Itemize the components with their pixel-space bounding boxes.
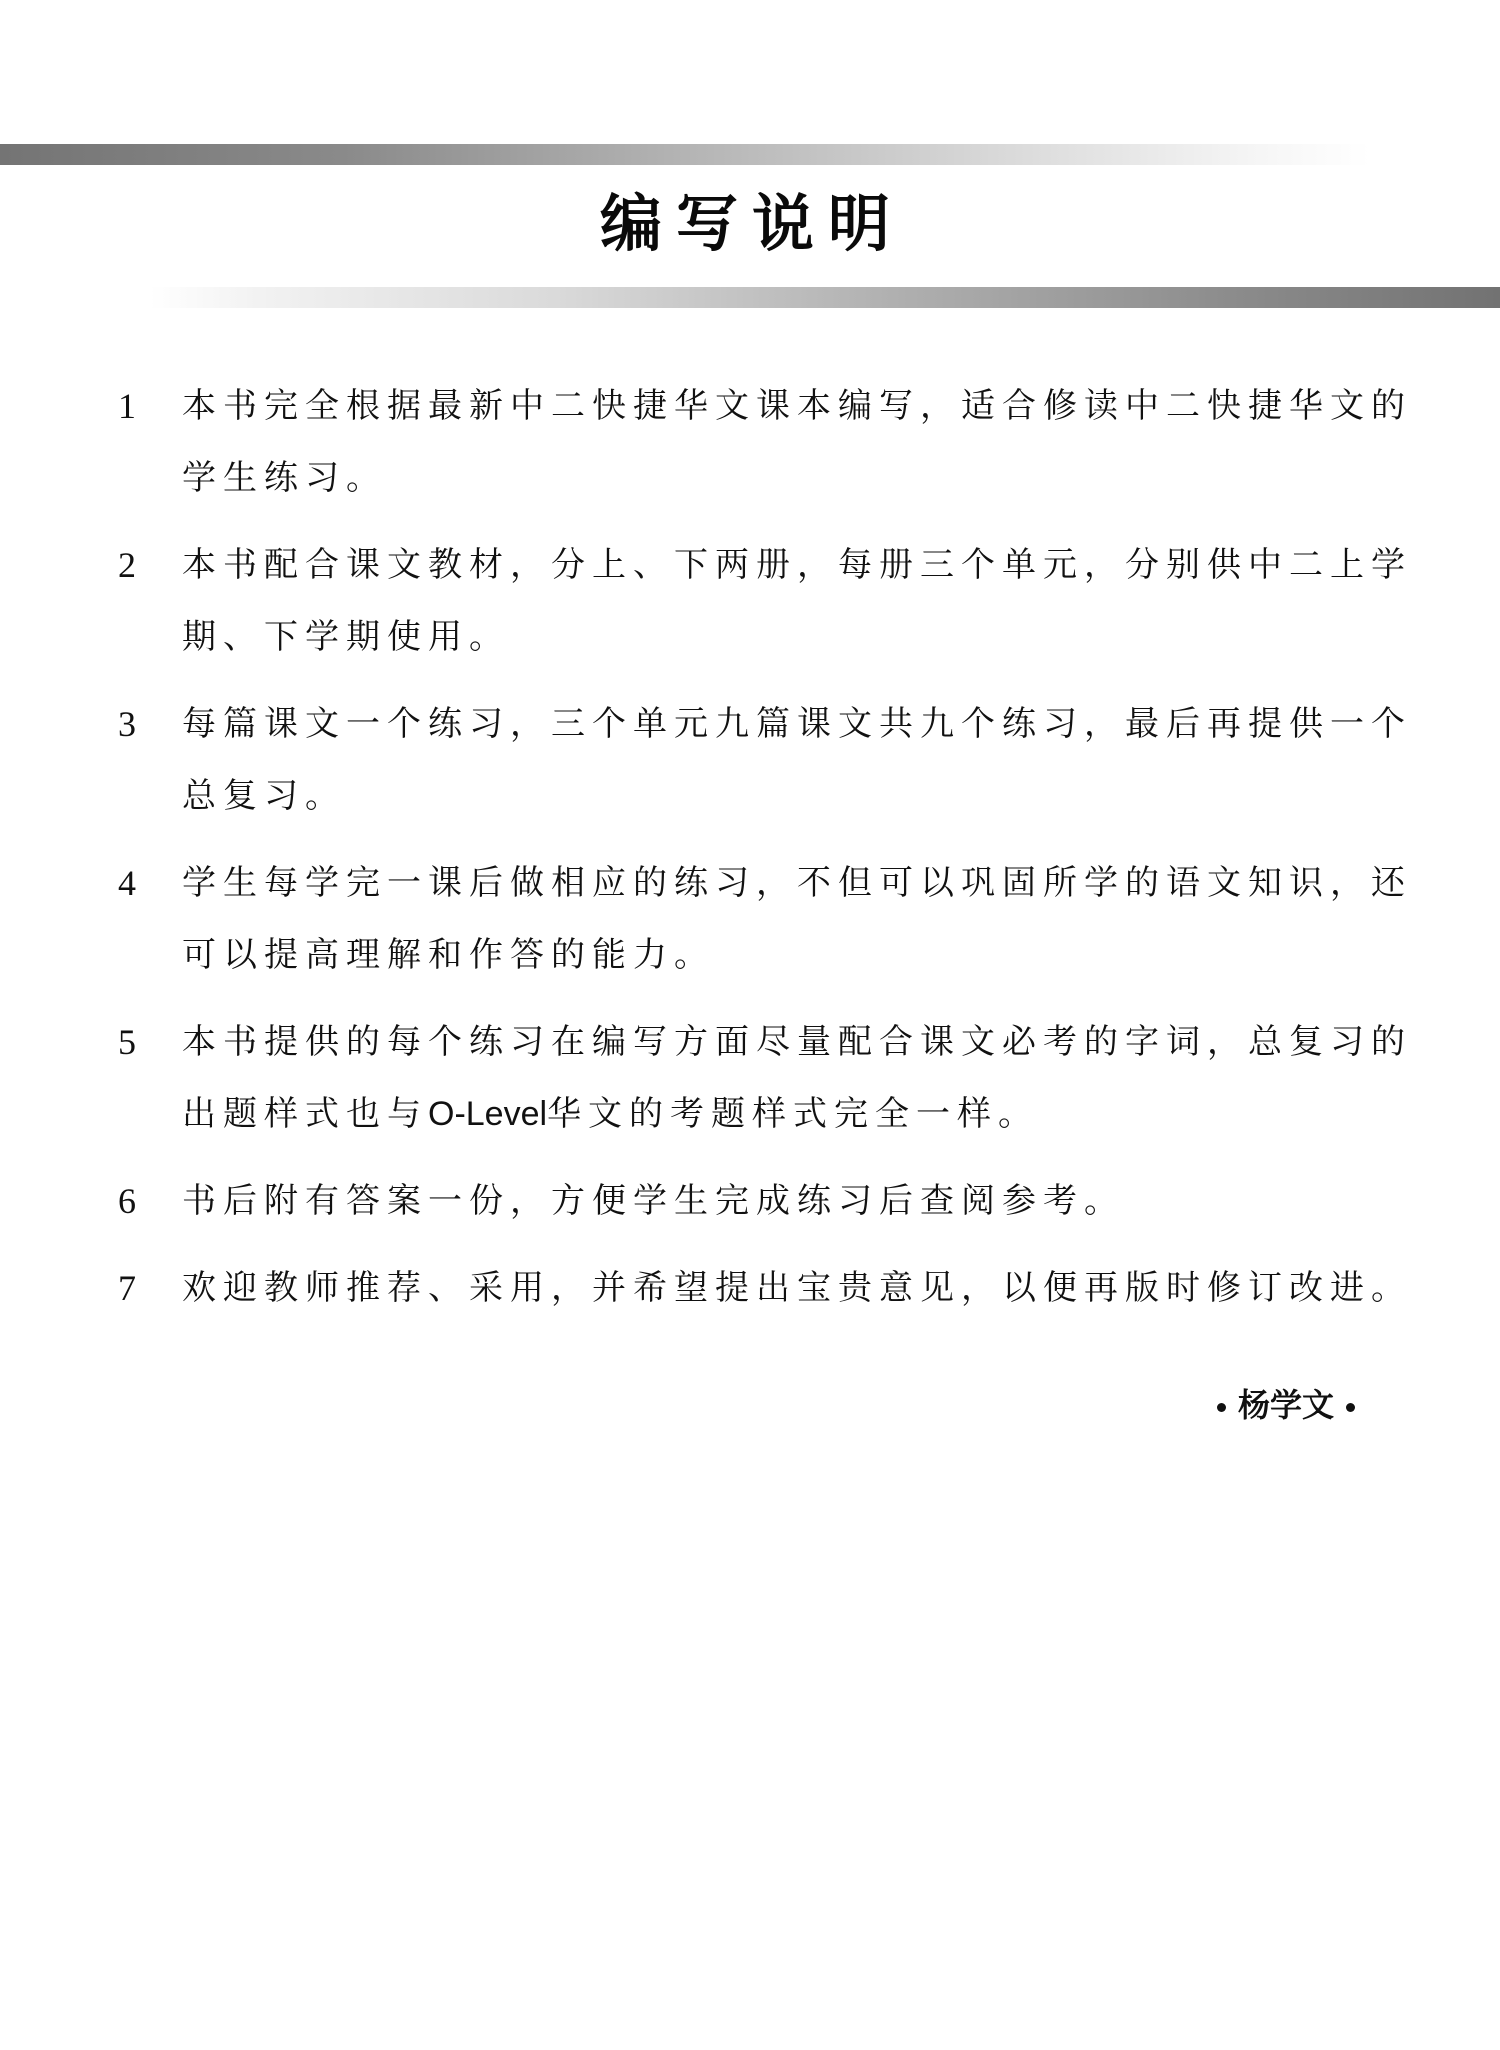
item-text-line: 欢迎教师推荐、采用，并希望提出宝贵意见，以便再版时修订改进。: [182, 1252, 1500, 1324]
header-gradient-bar-bottom: [150, 287, 1500, 308]
item-text-line: 本书提供的每个练习在编写方面尽量配合课文必考的字词，总复习的: [182, 1006, 1500, 1078]
bullet-dot-icon: [1346, 1403, 1355, 1412]
item-number: 4: [118, 847, 136, 919]
list-item-2: 2 本书配合课文教材，分上、下两册，每册三个单元，分别供中二上学 期、下学期使用…: [0, 529, 1500, 673]
item-number: 7: [118, 1252, 136, 1324]
item-text-line: 出题样式也与O-Level华文的考题样式完全一样。: [182, 1078, 1500, 1150]
text-segment: 出题样式也与: [182, 1094, 428, 1134]
item-number: 2: [118, 529, 136, 601]
header-gradient-bar-top: [0, 144, 1370, 165]
list-item-1: 1 本书完全根据最新中二快捷华文课本编写，适合修读中二快捷华文的 学生练习。: [0, 370, 1500, 514]
list-item-7: 7 欢迎教师推荐、采用，并希望提出宝贵意见，以便再版时修订改进。: [0, 1252, 1500, 1324]
item-text-line: 学生练习。: [182, 442, 1500, 514]
item-text-line: 可以提高理解和作答的能力。: [182, 919, 1500, 991]
page-title: 编写说明: [0, 186, 1500, 262]
item-number: 5: [118, 1006, 136, 1078]
item-text-line: 书后附有答案一份，方便学生完成练习后查阅参考。: [182, 1165, 1500, 1237]
item-number: 1: [118, 370, 136, 442]
author-name: 杨学文: [1238, 1386, 1334, 1424]
author-signature: 杨学文: [1205, 1380, 1367, 1430]
item-text-line: 本书完全根据最新中二快捷华文课本编写，适合修读中二快捷华文的: [182, 370, 1500, 442]
list-item-6: 6 书后附有答案一份，方便学生完成练习后查阅参考。: [0, 1165, 1500, 1237]
list-item-3: 3 每篇课文一个练习，三个单元九篇课文共九个练习，最后再提供一个 总复习。: [0, 688, 1500, 832]
bullet-dot-icon: [1217, 1403, 1226, 1412]
text-segment: 华文的考题样式完全一样。: [547, 1094, 1039, 1134]
item-text-line: 期、下学期使用。: [182, 601, 1500, 673]
list-item-5: 5 本书提供的每个练习在编写方面尽量配合课文必考的字词，总复习的 出题样式也与O…: [0, 1006, 1500, 1150]
item-text-line: 总复习。: [182, 760, 1500, 832]
list-item-4: 4 学生每学完一课后做相应的练习，不但可以巩固所学的语文知识，还 可以提高理解和…: [0, 847, 1500, 991]
item-number: 6: [118, 1165, 136, 1237]
item-text-line: 每篇课文一个练习，三个单元九篇课文共九个练习，最后再提供一个: [182, 688, 1500, 760]
item-number: 3: [118, 688, 136, 760]
o-level-text: O-Level: [428, 1095, 547, 1133]
item-text-line: 本书配合课文教材，分上、下两册，每册三个单元，分别供中二上学: [182, 529, 1500, 601]
item-text-line: 学生每学完一课后做相应的练习，不但可以巩固所学的语文知识，还: [182, 847, 1500, 919]
instructions-list: 1 本书完全根据最新中二快捷华文课本编写，适合修读中二快捷华文的 学生练习。 2…: [0, 370, 1500, 1339]
